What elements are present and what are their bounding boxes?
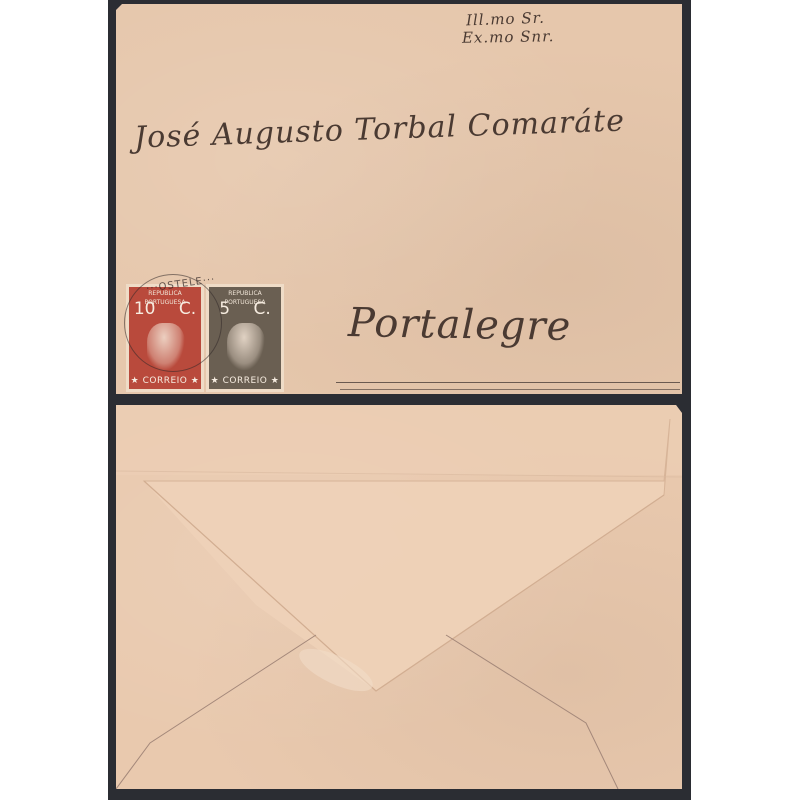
cover-back-photo (110, 403, 688, 791)
stamp-banner: REPUBLICA PORTUGUESA (211, 289, 279, 298)
corner-note-line2: Ex.mo Snr. (462, 27, 555, 47)
destination-city: Portalegre (348, 300, 572, 350)
corner-note-line1: Ill.mo Sr. (466, 9, 545, 30)
underline-rule (336, 382, 680, 383)
underline-rule (340, 389, 680, 390)
envelope-flaps (116, 405, 682, 789)
addressee-name: José Augusto Torbal Comaráte (134, 103, 626, 155)
stamp-caption: ★ CORREIO ★ (129, 376, 201, 386)
stamp-caption: ★ CORREIO ★ (209, 376, 281, 386)
envelope-front: Ill.mo Sr. Ex.mo Snr. José Augusto Torba… (116, 4, 682, 394)
ceres-figure-icon (227, 323, 265, 371)
cover-front-photo: Ill.mo Sr. Ex.mo Snr. José Augusto Torba… (110, 2, 688, 396)
envelope-back (116, 405, 682, 789)
